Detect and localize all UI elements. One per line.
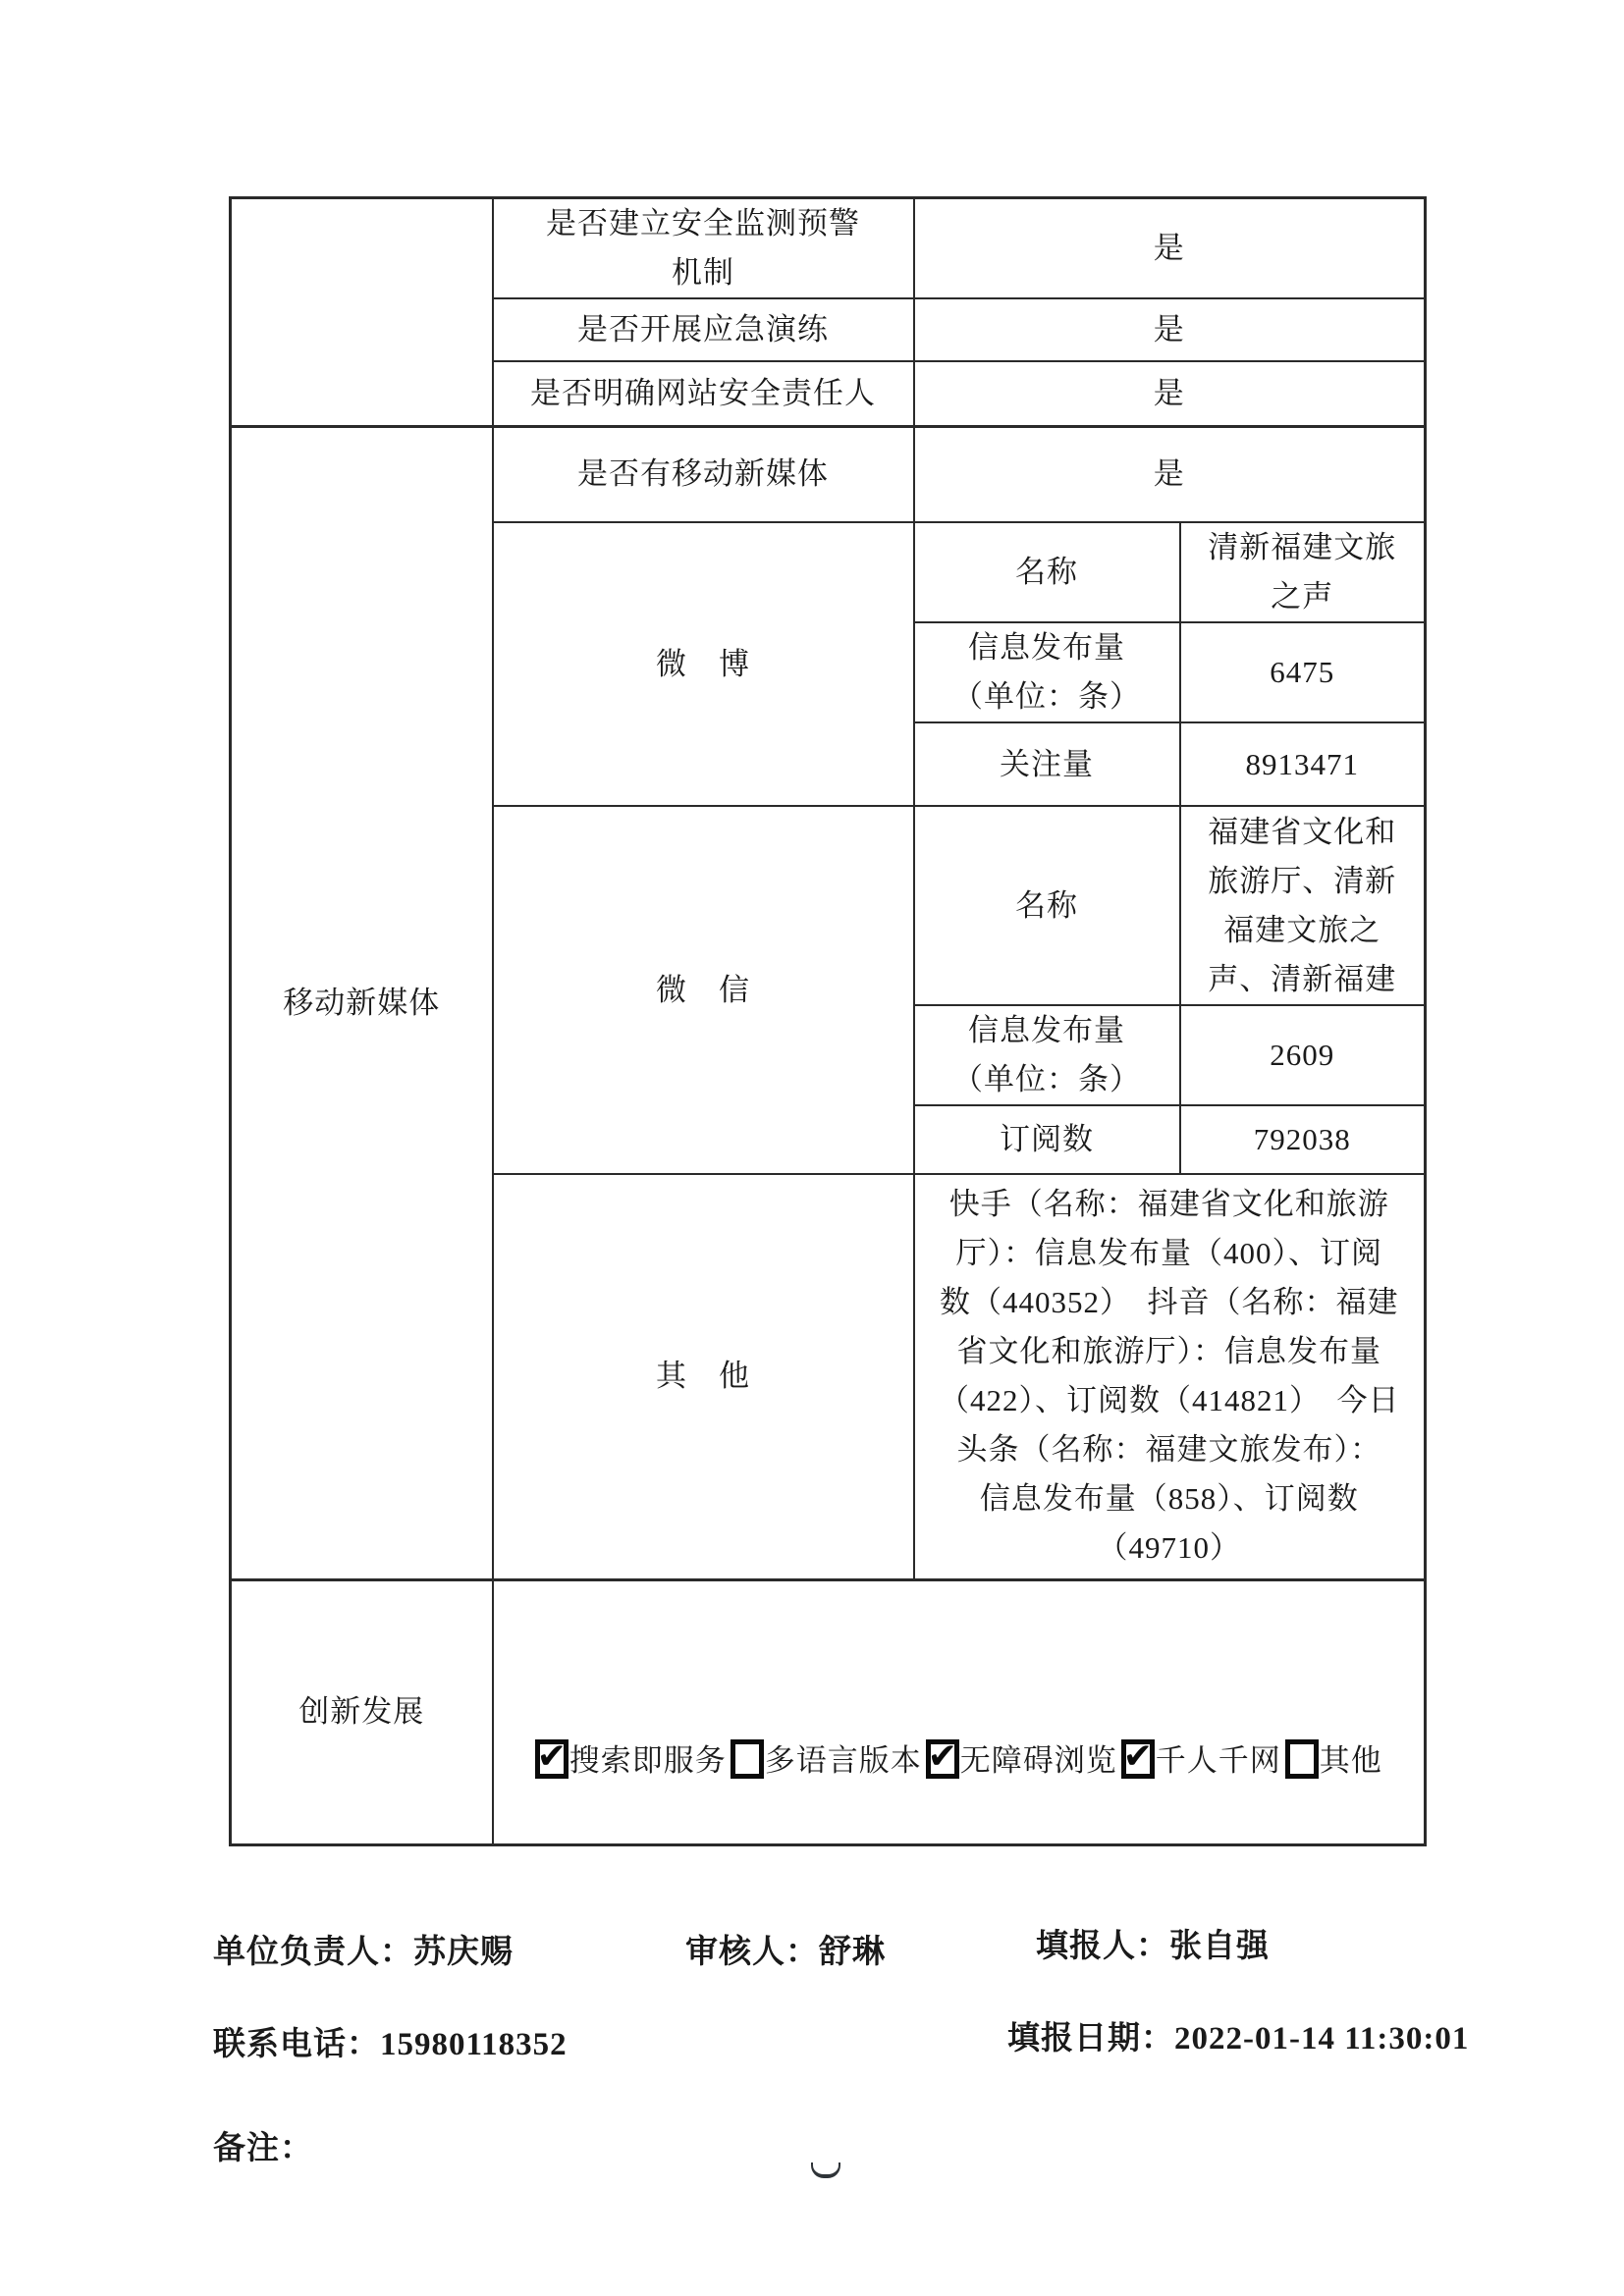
field-value-cell: 792038 — [1180, 1105, 1426, 1174]
option-personalized: 千人千网 — [1117, 1736, 1281, 1786]
field-value-cell: 8913471 — [1180, 722, 1426, 806]
field-label-cell: 信息发布量 （单位：条） — [914, 622, 1180, 722]
field-value-cell: 2609 — [1180, 1005, 1426, 1105]
footer-remark: 备注： — [213, 2122, 313, 2168]
option-label: 其他 — [1320, 1743, 1382, 1778]
field-label-cell: 关注量 — [914, 722, 1180, 806]
field-label-cell: 名称 — [914, 806, 1180, 1005]
checkbox-personalized-icon[interactable] — [1121, 1739, 1155, 1779]
weibo-label-cell: 微 博 — [493, 522, 914, 806]
answer-cell: 是 — [914, 298, 1426, 361]
answer-cell: 是 — [914, 426, 1426, 522]
option-label: 多语言版本 — [765, 1743, 922, 1778]
answer-cell: 是 — [914, 361, 1426, 426]
footer-reviewer: 审核人：舒琳 — [685, 1926, 886, 1972]
other-content-cell: 快手（名称：福建省文化和旅游 厅）：信息发布量（400）、订阅 数（440352… — [914, 1174, 1426, 1579]
checkbox-accessibility-icon[interactable] — [926, 1739, 959, 1779]
checkbox-search-service-icon[interactable] — [535, 1739, 568, 1779]
other-label-cell: 其 他 — [493, 1174, 914, 1579]
option-label: 千人千网 — [1156, 1743, 1281, 1778]
question-cell: 是否开展应急演练 — [493, 298, 914, 361]
document-page: 是否建立安全监测预警 机制 是 是否开展应急演练 是 是否明确网站安全责任人 是… — [0, 0, 1624, 2296]
option-label: 搜索即服务 — [569, 1743, 727, 1778]
checkbox-other-icon[interactable] — [1285, 1739, 1319, 1779]
field-label-cell: 名称 — [914, 522, 1180, 622]
option-accessibility: 无障碍浏览 — [922, 1736, 1117, 1786]
checkbox-line: 搜索即服务多语言版本无障碍浏览千人千网其他 — [535, 1687, 1382, 1786]
field-value-cell: 6475 — [1180, 622, 1426, 722]
category-cell-innovation: 创新发展 — [231, 1579, 493, 1844]
report-table: 是否建立安全监测预警 机制 是 是否开展应急演练 是 是否明确网站安全责任人 是… — [229, 196, 1427, 1846]
field-value-cell: 福建省文化和 旅游厅、清新 福建文旅之 声、清新福建 — [1180, 806, 1426, 1005]
table-row: 是否建立安全监测预警 机制 是 — [231, 198, 1426, 299]
field-value-cell: 清新福建文旅 之声 — [1180, 522, 1426, 622]
innovation-options-cell: 搜索即服务多语言版本无障碍浏览千人千网其他 — [493, 1579, 1426, 1844]
table-row: 移动新媒体 是否有移动新媒体 是 — [231, 426, 1426, 522]
answer-cell: 是 — [914, 198, 1426, 299]
footer-filler: 填报人：张自强 — [1036, 1920, 1270, 1966]
field-label-cell: 订阅数 — [914, 1105, 1180, 1174]
option-search-service: 搜索即服务 — [535, 1736, 727, 1786]
category-cell-mobile-media: 移动新媒体 — [231, 426, 493, 1579]
weixin-label-cell: 微 信 — [493, 806, 914, 1174]
footer-phone: 联系电话：15980118352 — [213, 2018, 568, 2064]
checkbox-multilingual-icon[interactable] — [731, 1739, 764, 1779]
question-cell: 是否明确网站安全责任人 — [493, 361, 914, 426]
question-cell: 是否建立安全监测预警 机制 — [493, 198, 914, 299]
option-other: 其他 — [1281, 1736, 1382, 1786]
category-cell-empty — [231, 198, 493, 427]
footer-fill-date: 填报日期：2022-01-14 11:30:01 — [1007, 2012, 1469, 2058]
option-label: 无障碍浏览 — [960, 1743, 1117, 1778]
footer-responsible-person: 单位负责人：苏庆赐 — [213, 1926, 514, 1972]
option-multilingual: 多语言版本 — [727, 1736, 922, 1786]
table-row: 创新发展 搜索即服务多语言版本无障碍浏览千人千网其他 — [231, 1579, 1426, 1844]
page-number-fragment — [811, 2163, 840, 2178]
field-label-cell: 信息发布量 （单位：条） — [914, 1005, 1180, 1105]
question-cell: 是否有移动新媒体 — [493, 426, 914, 522]
